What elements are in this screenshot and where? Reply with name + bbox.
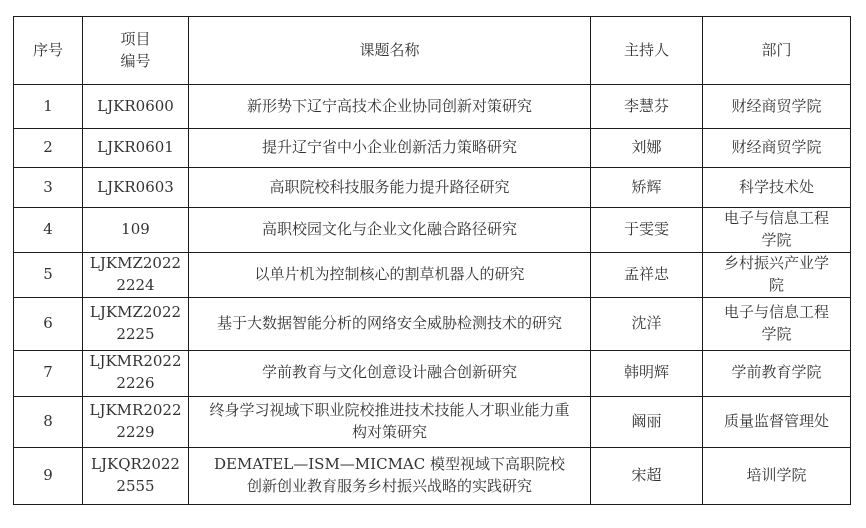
projects-table-container: 序号 项目 编号 课题名称 主持人 部门 1 LJKR0600 新形势下辽宁高技… [13,16,851,505]
cell-title: 高职院校科技服务能力提升路径研究 [189,168,591,208]
cell-seq: 3 [14,168,83,208]
cell-seq: 4 [14,208,83,253]
cell-leader: 孟祥忠 [591,253,703,298]
cell-leader: 矫辉 [591,168,703,208]
cell-project-id: LJKR0600 [83,85,189,129]
cell-title: 学前教育与文化创意设计融合创新研究 [189,350,591,396]
table-row: 3 LJKR0603 高职院校科技服务能力提升路径研究 矫辉 科学技术处 [14,168,851,208]
col-header-title: 课题名称 [189,17,591,85]
cell-seq: 2 [14,129,83,168]
cell-department: 电子与信息工程学院 [703,208,851,253]
table-header: 序号 项目 编号 课题名称 主持人 部门 [14,17,851,85]
col-header-leader: 主持人 [591,17,703,85]
cell-project-id: LJKR0601 [83,129,189,168]
cell-leader: 沈洋 [591,297,703,350]
cell-title: DEMATEL—ISM—MICMAC 模型视域下高职院校创新创业教育服务乡村振兴… [189,447,591,504]
cell-department: 乡村振兴产业学院 [703,253,851,298]
col-header-project-id: 项目 编号 [83,17,189,85]
cell-project-id: LJKQR20222555 [83,447,189,504]
cell-seq: 8 [14,396,83,447]
cell-title: 新形势下辽宁高技术企业协同创新对策研究 [189,85,591,129]
cell-seq: 7 [14,350,83,396]
cell-project-id: LJKMZ20222225 [83,297,189,350]
cell-department: 财经商贸学院 [703,85,851,129]
cell-project-id: LJKMR20222229 [83,396,189,447]
cell-seq: 6 [14,297,83,350]
table-row: 2 LJKR0601 提升辽宁省中小企业创新活力策略研究 刘娜 财经商贸学院 [14,129,851,168]
cell-title: 高职校园文化与企业文化融合路径研究 [189,208,591,253]
col-header-department: 部门 [703,17,851,85]
cell-title: 基于大数据智能分析的网络安全威胁检测技术的研究 [189,297,591,350]
cell-title: 提升辽宁省中小企业创新活力策略研究 [189,129,591,168]
cell-leader: 阚丽 [591,396,703,447]
page: 序号 项目 编号 课题名称 主持人 部门 1 LJKR0600 新形势下辽宁高技… [0,0,866,528]
cell-department: 财经商贸学院 [703,129,851,168]
table-row: 6 LJKMZ20222225 基于大数据智能分析的网络安全威胁检测技术的研究 … [14,297,851,350]
cell-project-id: LJKMZ20222224 [83,253,189,298]
table-row: 7 LJKMR20222226 学前教育与文化创意设计融合创新研究 韩明辉 学前… [14,350,851,396]
cell-title: 终身学习视域下职业院校推进技术技能人才职业能力重构对策研究 [189,396,591,447]
cell-project-id: LJKMR20222226 [83,350,189,396]
cell-department: 培训学院 [703,447,851,504]
table-row: 4 109 高职校园文化与企业文化融合路径研究 于雯雯 电子与信息工程学院 [14,208,851,253]
cell-project-id: 109 [83,208,189,253]
cell-department: 科学技术处 [703,168,851,208]
col-header-seq: 序号 [14,17,83,85]
cell-department: 质量监督管理处 [703,396,851,447]
table-row: 8 LJKMR20222229 终身学习视域下职业院校推进技术技能人才职业能力重… [14,396,851,447]
cell-leader: 李慧芬 [591,85,703,129]
cell-department: 电子与信息工程学院 [703,297,851,350]
cell-seq: 1 [14,85,83,129]
projects-table: 序号 项目 编号 课题名称 主持人 部门 1 LJKR0600 新形势下辽宁高技… [13,16,851,505]
cell-seq: 9 [14,447,83,504]
cell-department: 学前教育学院 [703,350,851,396]
cell-seq: 5 [14,253,83,298]
cell-project-id: LJKR0603 [83,168,189,208]
cell-leader: 刘娜 [591,129,703,168]
header-row: 序号 项目 编号 课题名称 主持人 部门 [14,17,851,85]
table-row: 5 LJKMZ20222224 以单片机为控制核心的割草机器人的研究 孟祥忠 乡… [14,253,851,298]
cell-leader: 宋超 [591,447,703,504]
table-row: 1 LJKR0600 新形势下辽宁高技术企业协同创新对策研究 李慧芬 财经商贸学… [14,85,851,129]
table-body: 1 LJKR0600 新形势下辽宁高技术企业协同创新对策研究 李慧芬 财经商贸学… [14,85,851,505]
table-row: 9 LJKQR20222555 DEMATEL—ISM—MICMAC 模型视域下… [14,447,851,504]
cell-title: 以单片机为控制核心的割草机器人的研究 [189,253,591,298]
cell-leader: 于雯雯 [591,208,703,253]
cell-leader: 韩明辉 [591,350,703,396]
